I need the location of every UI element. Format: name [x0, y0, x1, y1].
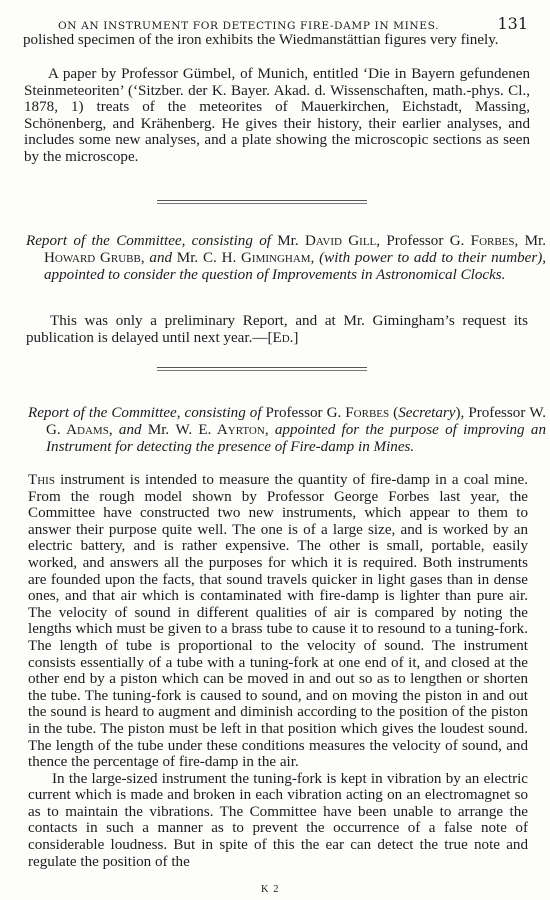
member-name: David Gill	[305, 233, 376, 249]
fire-damp-body: This instrument is intended to measure t…	[28, 472, 528, 870]
continuation-paragraph: polished specimen of the iron exhibits t…	[23, 32, 530, 49]
report-heading-fire-damp: Report of the Committee, consisting of P…	[28, 405, 546, 456]
editor-mark: Ed.	[272, 330, 293, 346]
member-name: G. Forbes	[327, 405, 390, 421]
drop-lead-word: This	[28, 472, 55, 488]
running-head: On an Instrument for Detecting Fire-damp…	[58, 14, 528, 34]
member-name: Howard Grubb	[44, 250, 141, 266]
running-title: On an Instrument for Detecting Fire-damp…	[58, 20, 439, 32]
page-number: 131	[497, 14, 528, 33]
report-heading-astronomical-clocks: Report of the Committee, consisting of M…	[26, 233, 546, 284]
fire-damp-paragraph-2: In the large-sized instrument the tuning…	[28, 771, 528, 871]
member-name: W. E. Ayrton	[176, 422, 265, 438]
section-divider	[157, 200, 367, 204]
document-page: On an Instrument for Detecting Fire-damp…	[0, 0, 550, 900]
member-name: C. H. Gimingham	[203, 250, 311, 266]
section-divider	[157, 367, 367, 371]
gumbel-paragraph: A paper by Professor Gümbel, of Munich, …	[24, 66, 530, 166]
fire-damp-paragraph-1: This instrument is intended to measure t…	[28, 472, 528, 771]
signature-mark: K 2	[261, 884, 279, 895]
clocks-note-paragraph: This was only a preliminary Report, and …	[26, 313, 528, 346]
member-name: G. Forbes	[450, 233, 515, 249]
